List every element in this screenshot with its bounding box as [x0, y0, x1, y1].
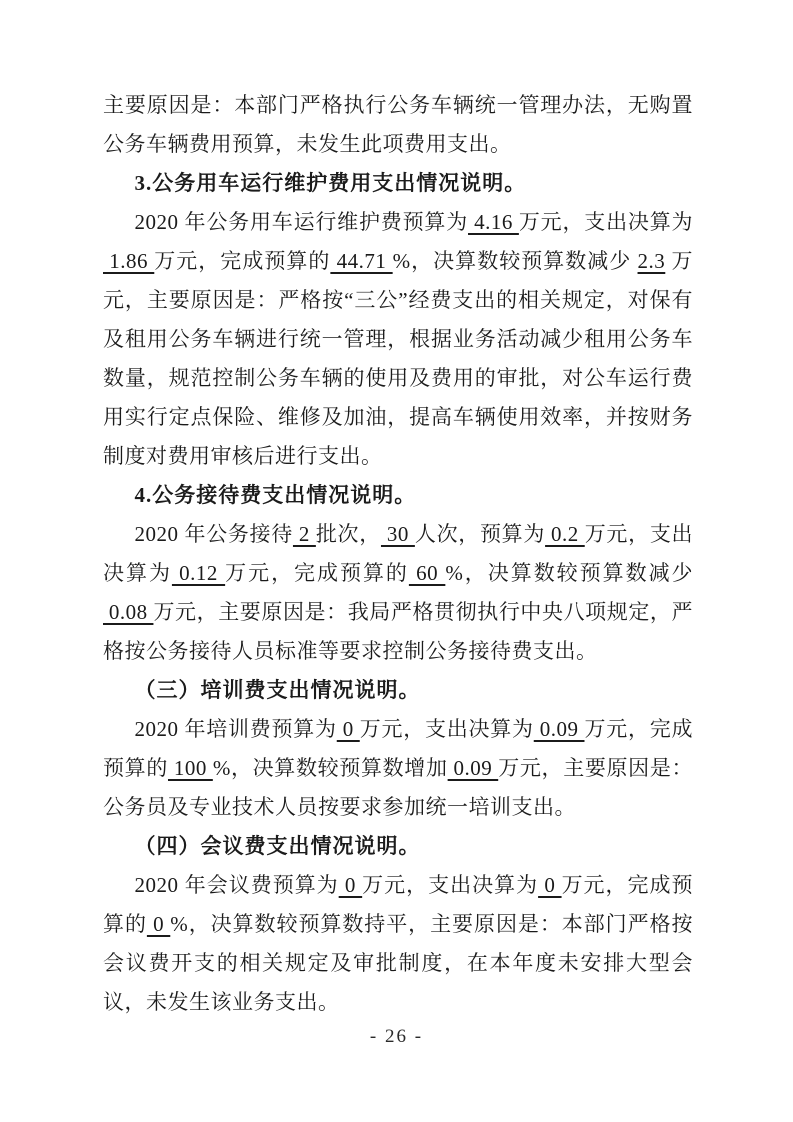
text-run: （四）会议费支出情况说明。 [135, 834, 421, 858]
underlined-value: 0 [538, 873, 561, 897]
page-number: - 26 - [0, 1026, 793, 1048]
text-run: %，决算数较预算数增加 [213, 756, 448, 780]
text-run: 万元，支出决算为 [360, 717, 534, 741]
document-page: 主要原因是：本部门严格执行公务车辆统一管理办法，无购置公务车辆费用预算，未发生此… [0, 0, 793, 1122]
paragraph: 2020 年会议费预算为 0 万元，支出决算为 0 万元，完成预算的 0 %，决… [103, 866, 693, 1022]
underlined-value: 0.09 [448, 756, 499, 780]
text-run: 3.公务用车运行维护费用支出情况说明。 [135, 171, 527, 195]
underlined-value: 1.86 [103, 249, 154, 273]
underlined-value: 0 [147, 912, 170, 936]
text-run: 批次， [316, 522, 381, 546]
underlined-value: 0 [337, 717, 360, 741]
underlined-value: 30 [381, 522, 415, 546]
text-run: 主要原因是：本部门严格执行公务车辆统一管理办法，无购置公务车辆费用预算，未发生此… [103, 93, 693, 156]
text-run: 4.公务接待费支出情况说明。 [135, 483, 417, 507]
underlined-value: 2.3 [638, 249, 666, 273]
text-run: （三）培训费支出情况说明。 [135, 678, 421, 702]
text-run: %，决算数较预算数减少 [393, 249, 638, 273]
text-run: %，决算数较预算数减少 [445, 561, 693, 585]
text-run: 2020 年公务接待 [135, 522, 293, 546]
text-run: 万元，支出决算为 [519, 210, 693, 234]
section-heading: （四）会议费支出情况说明。 [103, 827, 693, 866]
underlined-value: 0.09 [534, 717, 585, 741]
underlined-value: 0.12 [172, 561, 225, 585]
paragraph: 2020 年公务接待 2 批次， 30 人次，预算为 0.2 万元，支出决算为 … [103, 515, 693, 671]
text-run: 万元，完成预算的 [154, 249, 330, 273]
section-heading: 3.公务用车运行维护费用支出情况说明。 [103, 164, 693, 203]
paragraph: 2020 年公务用车运行维护费预算为 4.16 万元，支出决算为 1.86 万元… [103, 203, 693, 476]
text-run: %，决算数较预算数持平，主要原因是：本部门严格按会议费开支的相关规定及审批制度，… [103, 912, 693, 1014]
underlined-value: 100 [168, 756, 213, 780]
section-heading: （三）培训费支出情况说明。 [103, 671, 693, 710]
underlined-value: 2 [293, 522, 316, 546]
underlined-value: 4.16 [468, 210, 519, 234]
text-run: 万元，主要原因是：我局严格贯彻执行中央八项规定，严格按公务接待人员标准等要求控制… [103, 600, 693, 663]
text-run: 万元，主要原因是：严格按“三公”经费支出的相关规定，对保有及租用公务车辆进行统一… [103, 249, 693, 468]
underlined-value: 60 [409, 561, 445, 585]
text-run: 2020 年公务用车运行维护费预算为 [135, 210, 469, 234]
underlined-value: 0.08 [103, 600, 153, 624]
underlined-value: 44.71 [330, 249, 392, 273]
underlined-value: 0.2 [545, 522, 585, 546]
text-run: 人次，预算为 [415, 522, 545, 546]
document-body: 主要原因是：本部门严格执行公务车辆统一管理办法，无购置公务车辆费用预算，未发生此… [103, 86, 693, 1022]
text-run: 万元，完成预算的 [225, 561, 409, 585]
text-run: 2020 年会议费预算为 [135, 873, 339, 897]
section-heading: 4.公务接待费支出情况说明。 [103, 476, 693, 515]
underlined-value: 0 [339, 873, 362, 897]
paragraph: 主要原因是：本部门严格执行公务车辆统一管理办法，无购置公务车辆费用预算，未发生此… [103, 86, 693, 164]
text-run: 2020 年培训费预算为 [135, 717, 337, 741]
text-run: 万元，支出决算为 [362, 873, 538, 897]
paragraph: 2020 年培训费预算为 0 万元，支出决算为 0.09 万元，完成预算的 10… [103, 710, 693, 827]
